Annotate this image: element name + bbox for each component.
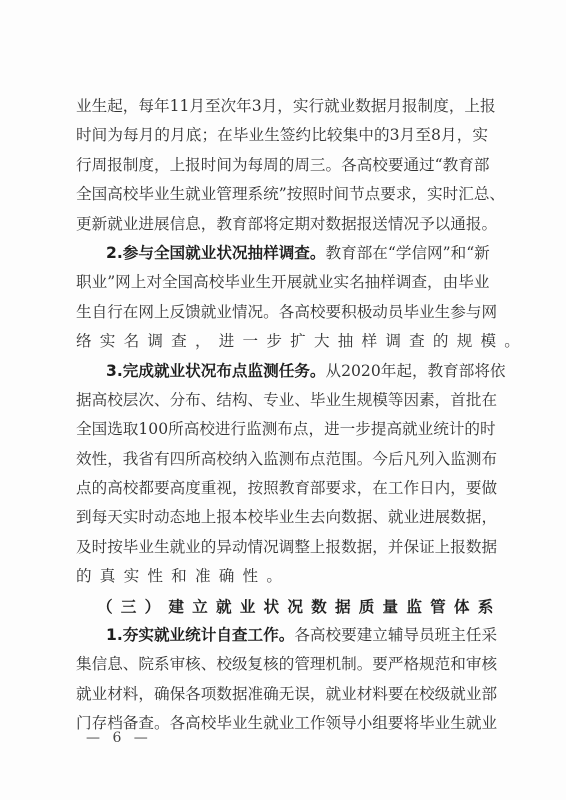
paragraph-heading: 1.夯实就业统计自查工作。 [106, 626, 294, 644]
paragraph-first-line: 3.完成就业状况布点监测任务。从2020年起，教育部将依 [76, 357, 488, 386]
section-heading: （三）建立就业状况数据质量监管体系 [76, 592, 488, 621]
text-line: 络实名调查，进一步扩大抽样调查的规模。 [76, 327, 488, 356]
text-line: 到每天实时动态地上报本校毕业生去向数据、就业进展数据， [76, 503, 488, 532]
text-span: 教育部在“学信网”和“新 [326, 244, 490, 262]
paragraph-heading: 3.完成就业状况布点监测任务。 [106, 362, 326, 380]
page-number: — 6 — [86, 730, 152, 746]
document-page: 业生起，每年11月至次年3月，实行就业数据月报制度，上报 时间为每月的月底；在毕… [0, 0, 566, 800]
text-line: 职业”网上对全国高校毕业生开展就业实名抽样调查，由毕业 [76, 268, 488, 297]
text-line: 据高校层次、分布、结构、专业、毕业生规模等因素，首批在 [76, 386, 488, 415]
paragraph-first-line: 1.夯实就业统计自查工作。各高校要建立辅导员班主任采 [76, 621, 488, 650]
text-line: 点的高校都要高度重视，按照教育部要求，在工作日内，要做 [76, 474, 488, 503]
paragraph-heading: 2.参与全国就业状况抽样调查。 [106, 244, 326, 262]
text-span: 从2020年起，教育部将依 [326, 362, 506, 380]
text-line: 行周报制度，上报时间为每周的周三。各高校要通过“教育部 [76, 151, 488, 180]
text-line: 全国选取100所高校进行监测布点，进一步提高就业统计的时 [76, 415, 488, 444]
document-body: 业生起，每年11月至次年3月，实行就业数据月报制度，上报 时间为每月的月底；在毕… [76, 92, 488, 739]
text-line: 就业材料，确保各项数据准确无误，就业材料要在校级就业部 [76, 680, 488, 709]
text-line: 效性，我省有四所高校纳入监测布点范围。今后凡列入监测布 [76, 445, 488, 474]
paragraph-first-line: 2.参与全国就业状况抽样调查。教育部在“学信网”和“新 [76, 239, 488, 268]
text-line: 时间为每月的月底；在毕业生签约比较集中的3月至8月，实 [76, 121, 488, 150]
text-line: 生自行在网上反馈就业情况。各高校要积极动员毕业生参与网 [76, 298, 488, 327]
text-line: 的真实性和准确性。 [76, 562, 488, 591]
text-line: 集信息、院系审核、校级复核的管理机制。要严格规范和审核 [76, 650, 488, 679]
text-span: 各高校要建立辅导员班主任采 [294, 626, 497, 644]
text-line: 全国高校毕业生就业管理系统”按照时间节点要求，实时汇总、 [76, 180, 488, 209]
text-line: 更新就业进展信息，教育部将定期对数据报送情况予以通报。 [76, 210, 488, 239]
text-line: 业生起，每年11月至次年3月，实行就业数据月报制度，上报 [76, 92, 488, 121]
text-line: 及时按毕业生就业的异动情况调整上报数据，并保证上报数据 [76, 533, 488, 562]
